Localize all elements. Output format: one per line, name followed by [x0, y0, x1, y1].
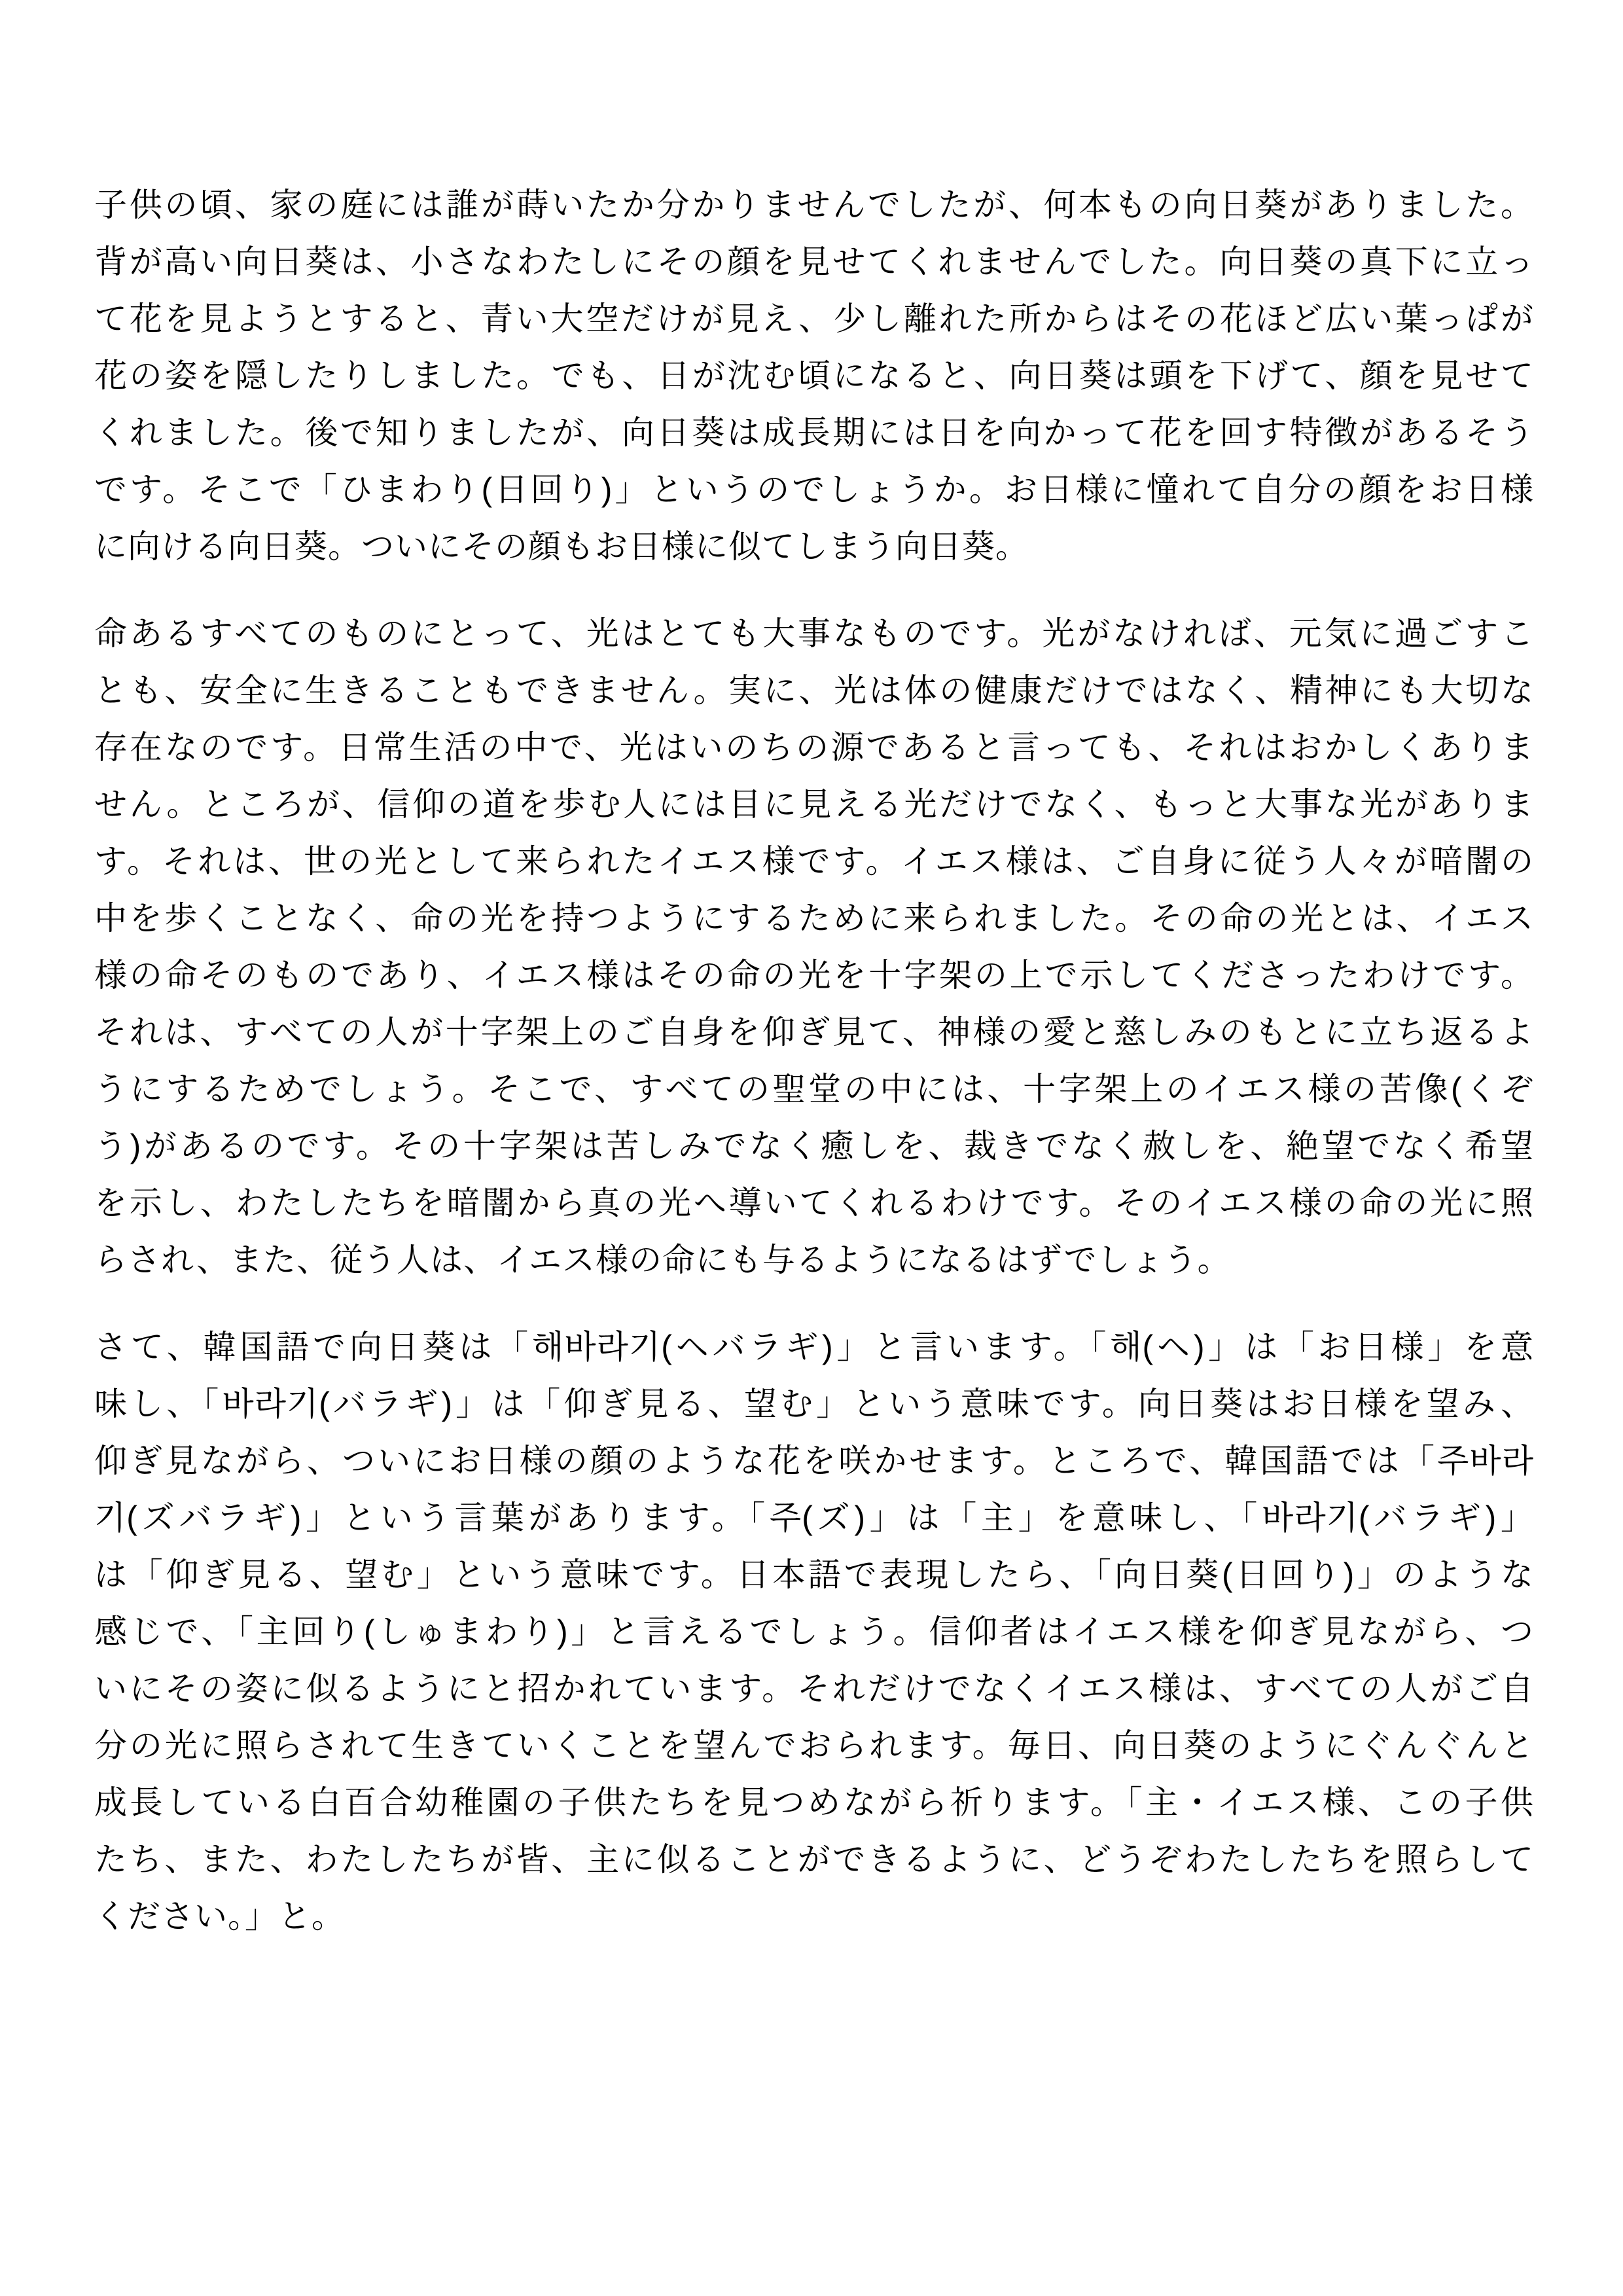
text-line: は「仰ぎ見る、望む」という意味です。日本語で表現したら、「向日葵(日回り)」のよ…: [94, 1547, 1534, 1604]
essay-text: 子供の頃、家の庭には誰が蒔いたか分かりませんでしたが、何本もの向日葵がありました…: [94, 177, 1534, 1975]
text-line: 味し、「바라기(バラギ)」は「仰ぎ見る、望む」という意味です。向日葵はお日様を望…: [94, 1376, 1534, 1433]
text-line: です。そこで「ひまわり(日回り)」というのでしょうか。お日様に憧れて自分の顔をお…: [94, 461, 1534, 518]
text-line: いにその姿に似るようにと招かれています。それだけでなくイエス様は、すべての人がご…: [94, 1660, 1534, 1717]
text-line: 感じで、「主回り(しゅまわり)」と言えるでしょう。信仰者はイエス様を仰ぎ見ながら…: [94, 1604, 1534, 1660]
paragraph: 命あるすべてのものにとって、光はとても大事なものです。光がなければ、元気に過ごす…: [94, 605, 1534, 1289]
text-line: 仰ぎ見ながら、ついにお日様の顔のような花を咲かせます。ところで、韓国語では「주바…: [94, 1433, 1534, 1490]
text-line: 기(ズバラギ)」という言葉があります。「주(ズ)」は「主」を意味し、「바라기(バ…: [94, 1490, 1534, 1547]
text-line: 様の命そのものであり、イエス様はその命の光を十字架の上で示してくださったわけです…: [94, 947, 1534, 1004]
paragraph: さて、韓国語で向日葵は「해바라기(ヘバラギ)」と言います。「해(ヘ)」は「お日様…: [94, 1319, 1534, 1945]
text-line: 分の光に照らされて生きていくことを望んでおられます。毎日、向日葵のようにぐんぐん…: [94, 1717, 1534, 1774]
text-line: て花を見ようとすると、青い大空だけが見え、少し離れた所からはその花ほど広い葉っぱ…: [94, 291, 1534, 348]
text-line: とも、安全に生きることもできません。実に、光は体の健康だけではなく、精神にも大切…: [94, 662, 1534, 719]
text-line: せん。ところが、信仰の道を歩む人には目に見える光だけでなく、もっと大事な光があり…: [94, 776, 1534, 833]
text-line: う)があるのです。その十字架は苦しみでなく癒しを、裁きでなく赦しを、絶望でなく希…: [94, 1118, 1534, 1175]
text-line: 中を歩くことなく、命の光を持つようにするために来られました。その命の光とは、イエ…: [94, 890, 1534, 947]
text-line: に向ける向日葵。ついにその顔もお日様に似てしまう向日葵。: [94, 518, 1534, 575]
text-line: 背が高い向日葵は、小さなわたしにその顔を見せてくれませんでした。向日葵の真下に立…: [94, 234, 1534, 291]
text-line: を示し、わたしたちを暗闇から真の光へ導いてくれるわけです。そのイエス様の命の光に…: [94, 1175, 1534, 1232]
document-page: 子供の頃、家の庭には誰が蒔いたか分かりませんでしたが、何本もの向日葵がありました…: [0, 0, 1623, 2296]
text-line: す。それは、世の光として来られたイエス様です。イエス様は、ご自身に従う人々が暗闇…: [94, 833, 1534, 890]
text-line: ください。」と。: [94, 1888, 1534, 1945]
text-line: たち、また、わたしたちが皆、主に似ることができるように、どうぞわたしたちを照らし…: [94, 1831, 1534, 1888]
paragraph: 子供の頃、家の庭には誰が蒔いたか分かりませんでしたが、何本もの向日葵がありました…: [94, 177, 1534, 575]
text-line: 子供の頃、家の庭には誰が蒔いたか分かりませんでしたが、何本もの向日葵がありました…: [94, 177, 1534, 234]
text-line: くれました。後で知りましたが、向日葵は成長期には日を向かって花を回す特徴があるそ…: [94, 404, 1534, 461]
text-line: うにするためでしょう。そこで、すべての聖堂の中には、十字架上のイエス様の苦像(く…: [94, 1061, 1534, 1118]
text-line: それは、すべての人が十字架上のご自身を仰ぎ見て、神様の愛と慈しみのもとに立ち返る…: [94, 1004, 1534, 1061]
text-line: 命あるすべてのものにとって、光はとても大事なものです。光がなければ、元気に過ごす…: [94, 605, 1534, 662]
text-line: らされ、また、従う人は、イエス様の命にも与るようになるはずでしょう。: [94, 1232, 1534, 1289]
text-line: 存在なのです。日常生活の中で、光はいのちの源であると言っても、それはおかしくあり…: [94, 719, 1534, 776]
text-line: 花の姿を隠したりしました。でも、日が沈む頃になると、向日葵は頭を下げて、顔を見せ…: [94, 348, 1534, 404]
text-line: さて、韓国語で向日葵は「해바라기(ヘバラギ)」と言います。「해(ヘ)」は「お日様…: [94, 1319, 1534, 1376]
text-line: 成長している白百合幼稚園の子供たちを見つめながら祈ります。「主・イエス様、この子…: [94, 1774, 1534, 1831]
